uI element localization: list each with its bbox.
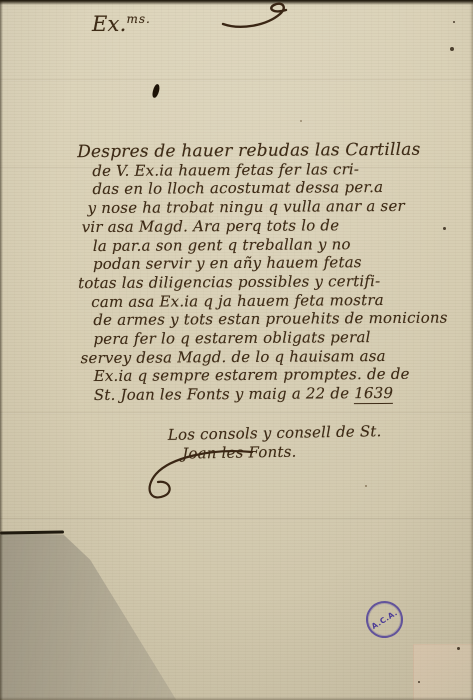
letter-body: Despres de hauer rebudas las Cartillas d…: [0, 140, 473, 405]
signature-line: Los consols y consell de St.: [168, 422, 382, 445]
manuscript-line: Despres de hauer rebudas las Cartillas: [0, 140, 472, 162]
date-text: St. Joan les Fonts y maig a 22 de: [94, 384, 354, 404]
docket-superscript: ms.: [126, 12, 150, 26]
manuscript-line: Ex.ia q sempre estarem promptes. de de: [1, 365, 473, 387]
docket-main: Ex.: [92, 12, 126, 36]
underlying-paper-patch: [413, 644, 473, 700]
manuscript-scan: Ex.ms. Despres de hauer rebudas las Cart…: [0, 0, 473, 700]
ink-speck: [450, 47, 454, 51]
manuscript-line: de armes y tots estan prouehits de monic…: [0, 309, 473, 331]
ink-speck: [365, 485, 367, 487]
docket-abbreviation: Ex.ms.: [92, 12, 151, 36]
archive-stamp-label: A.C.A.: [370, 608, 399, 631]
paraph-flourish-icon: [220, 0, 302, 30]
backing-sheet-shadow: [0, 533, 205, 700]
tear-edge: [0, 530, 64, 534]
fold-crease: [0, 412, 473, 414]
manuscript-line: y nose ha trobat ningu q vulla anar a se…: [0, 196, 473, 218]
manuscript-date-line: St. Joan les Fonts y maig a 22 de 1639: [1, 383, 473, 405]
ink-blot: [152, 84, 161, 99]
archive-stamp: A.C.A.: [363, 598, 406, 641]
fold-crease: [0, 79, 473, 81]
signature-flourish-icon: [140, 448, 260, 508]
ink-speck: [300, 120, 302, 122]
ink-speck: [457, 647, 460, 650]
fold-crease: [0, 518, 473, 520]
ink-speck: [453, 21, 455, 23]
ink-speck: [418, 681, 420, 683]
date-year: 1639: [354, 384, 393, 404]
